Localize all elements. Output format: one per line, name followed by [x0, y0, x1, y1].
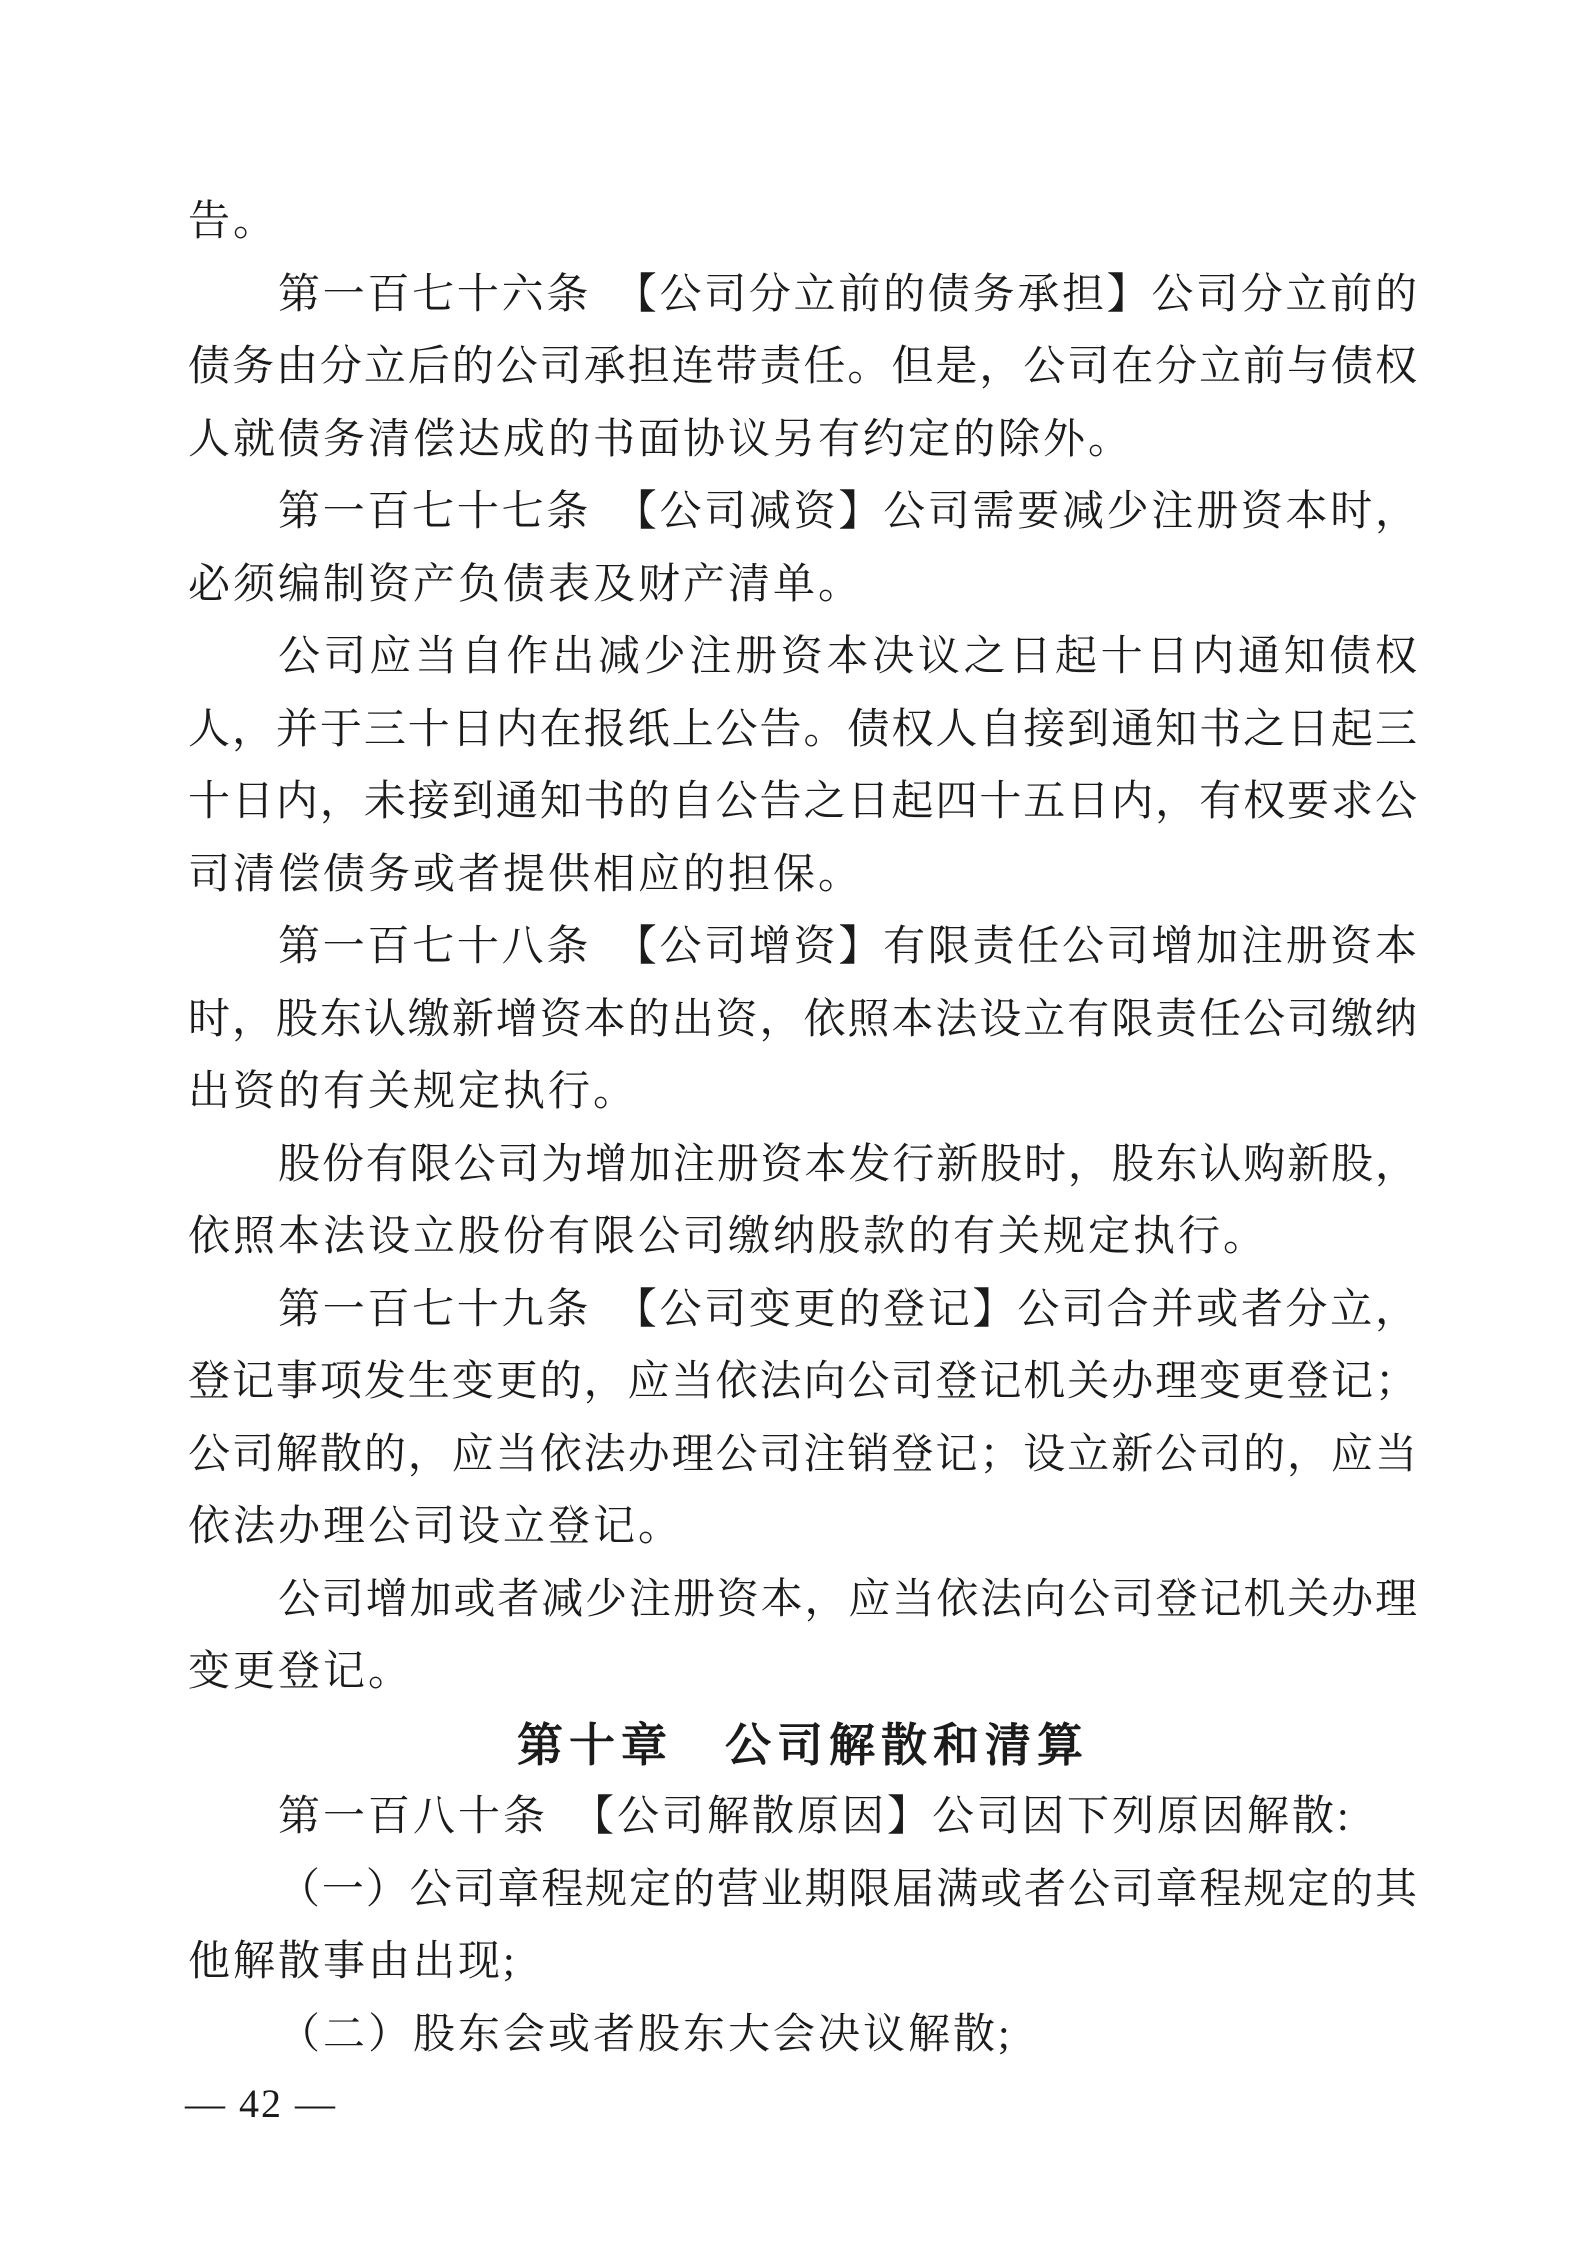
text-line: 他解散事由出现; [188, 1926, 1418, 1999]
text-line: 司清偿债务或者提供相应的担保。 [188, 839, 1418, 912]
article-176-heading-line: 第一百七十六条 【公司分立前的债务承担】公司分立前的 [188, 259, 1418, 332]
text-line: 依照本法设立股份有限公司缴纳股款的有关规定执行。 [188, 1201, 1418, 1274]
article-177-heading-line: 第一百七十七条 【公司减资】公司需要减少注册资本时， [188, 476, 1418, 549]
text-line: 人，并于三十日内在报纸上公告。债权人自接到通知书之日起三 [188, 694, 1418, 767]
text-line: 登记事项发生变更的，应当依法向公司登记机关办理变更登记； [188, 1346, 1418, 1419]
document-content: 告。 第一百七十六条 【公司分立前的债务承担】公司分立前的 债务由分立后的公司承… [188, 186, 1418, 2071]
text-line: 人就债务清偿达成的书面协议另有约定的除外。 [188, 404, 1418, 477]
article-178-heading-line: 第一百七十八条 【公司增资】有限责任公司增加注册资本 [188, 911, 1418, 984]
article-179-heading-line: 第一百七十九条 【公司变更的登记】公司合并或者分立， [188, 1274, 1418, 1347]
page-number: — 42 — [185, 2080, 337, 2127]
text-line: 十日内，未接到通知书的自公告之日起四十五日内，有权要求公 [188, 766, 1418, 839]
document-page: 告。 第一百七十六条 【公司分立前的债务承担】公司分立前的 债务由分立后的公司承… [0, 0, 1587, 2245]
text-line: 变更登记。 [188, 1636, 1418, 1709]
text-line: 公司解散的，应当依法办理公司注销登记；设立新公司的，应当 [188, 1419, 1418, 1492]
text-line: 股份有限公司为增加注册资本发行新股时，股东认购新股， [188, 1129, 1418, 1202]
chapter-10-heading: 第十章 公司解散和清算 [188, 1709, 1418, 1782]
text-line: 依法办理公司设立登记。 [188, 1491, 1418, 1564]
text-line: 时，股东认缴新增资本的出资，依照本法设立有限责任公司缴纳 [188, 984, 1418, 1057]
text-line: 公司增加或者减少注册资本，应当依法向公司登记机关办理 [188, 1564, 1418, 1637]
text-line: （一）公司章程规定的营业期限届满或者公司章程规定的其 [188, 1854, 1418, 1927]
text-line: 债务由分立后的公司承担连带责任。但是，公司在分立前与债权 [188, 331, 1418, 404]
text-line: 出资的有关规定执行。 [188, 1056, 1418, 1129]
text-line: （二）股东会或者股东大会决议解散; [188, 1999, 1418, 2072]
text-line: 告。 [188, 186, 1418, 259]
text-line: 公司应当自作出减少注册资本决议之日起十日内通知债权 [188, 621, 1418, 694]
article-180-heading-line: 第一百八十条 【公司解散原因】公司因下列原因解散: [188, 1781, 1418, 1854]
text-line: 必须编制资产负债表及财产清单。 [188, 549, 1418, 622]
